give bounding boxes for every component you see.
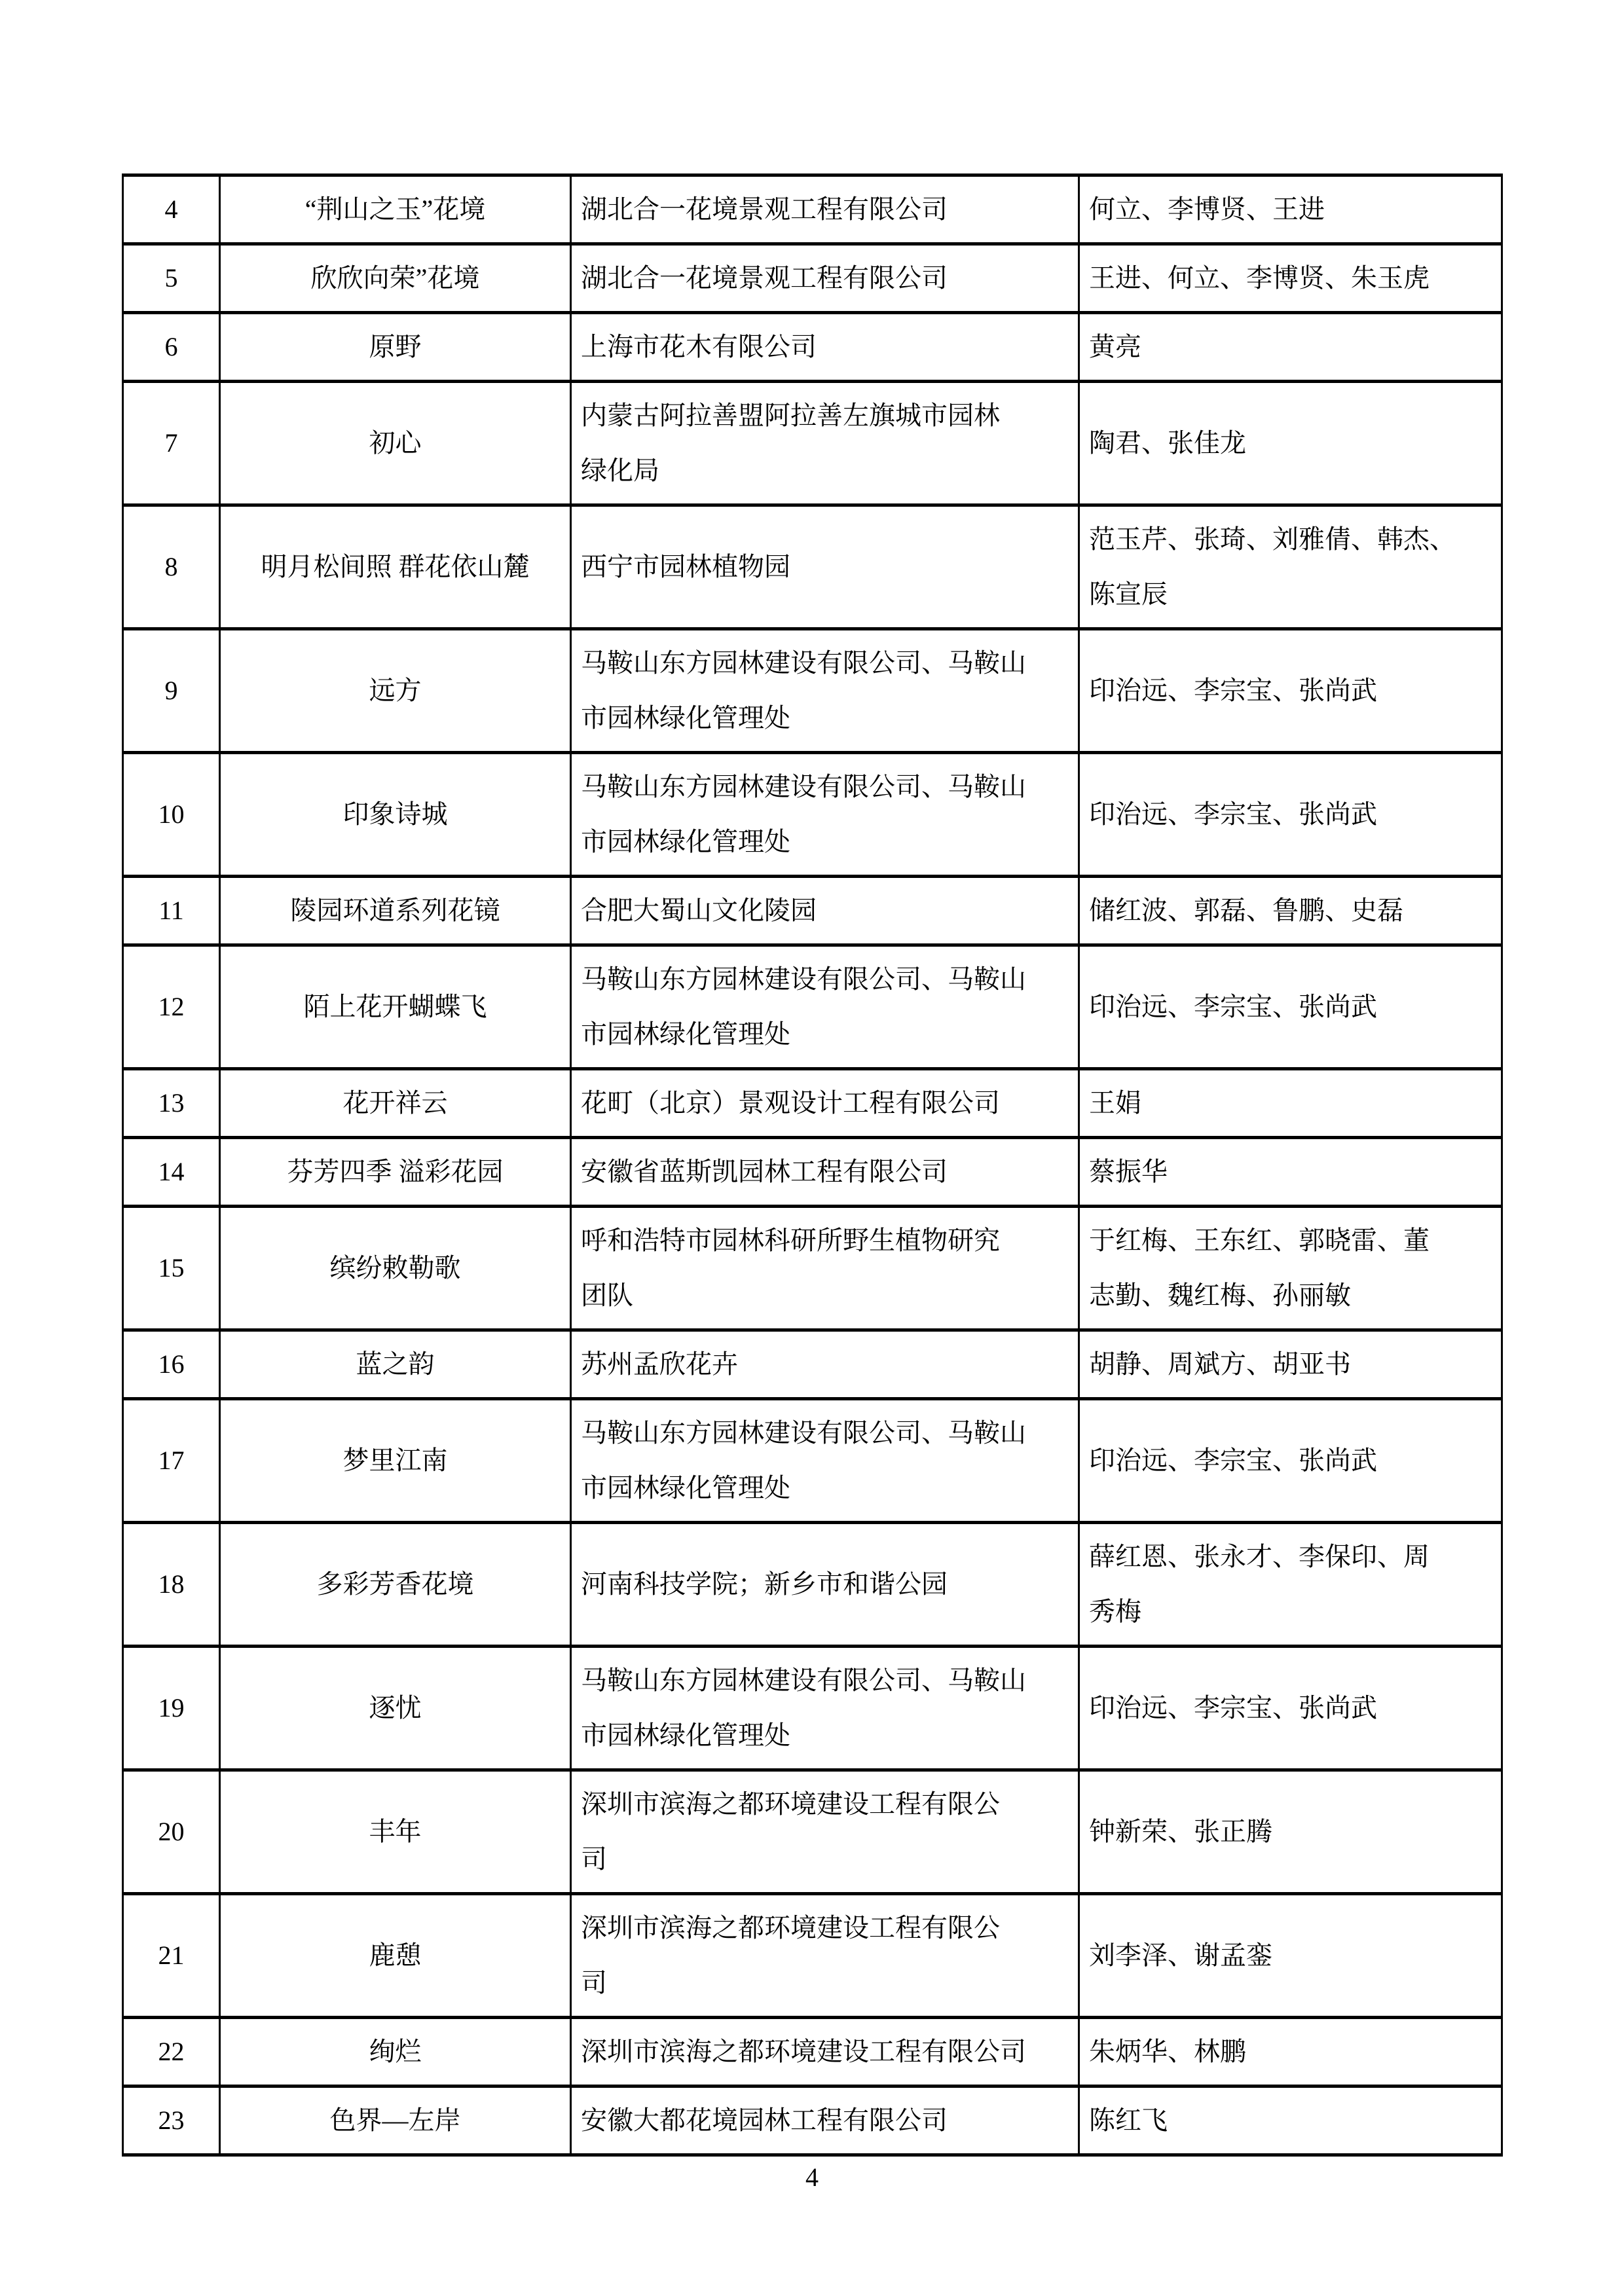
- table-row: 23 色界—左岸 安徽大都花境园林工程有限公司 陈红飞: [123, 2086, 1502, 2155]
- table-row: 8 明月松间照 群花依山麓 西宁市园林植物园 范玉芹、张琦、刘雅倩、韩杰、 陈宣…: [123, 505, 1502, 629]
- entry-name-cell: 梦里江南: [220, 1399, 571, 1523]
- entry-organization-cell: 马鞍山东方园林建设有限公司、马鞍山 市园林绿化管理处: [571, 629, 1079, 753]
- table-row: 11 陵园环道系列花镜 合肥大蜀山文化陵园 储红波、郭磊、鲁鹏、史磊: [123, 877, 1502, 945]
- entry-people-cell: 范玉芹、张琦、刘雅倩、韩杰、 陈宣辰: [1079, 505, 1502, 629]
- entry-organization-cell: 安徽省蓝斯凯园林工程有限公司: [571, 1138, 1079, 1207]
- entry-name-cell: 欣欣向荣”花境: [220, 244, 571, 313]
- entry-people-cell: 刘李泽、谢孟銮: [1079, 1894, 1502, 2018]
- entry-number-cell: 15: [123, 1207, 220, 1330]
- entries-table-body: 4 “荆山之玉”花境 湖北合一花境景观工程有限公司 何立、李博贤、王进 5 欣欣…: [123, 175, 1502, 2155]
- entry-name-cell: 丰年: [220, 1770, 571, 1894]
- entry-number-cell: 7: [123, 382, 220, 505]
- entry-organization-cell: 深圳市滨海之都环境建设工程有限公司: [571, 2018, 1079, 2086]
- entry-organization-cell: 马鞍山东方园林建设有限公司、马鞍山 市园林绿化管理处: [571, 1399, 1079, 1523]
- entry-people-cell: 王进、何立、李博贤、朱玉虎: [1079, 244, 1502, 313]
- entry-people-cell: 薛红恩、张永才、李保印、周 秀梅: [1079, 1523, 1502, 1647]
- table-row: 6 原野 上海市花木有限公司 黄亮: [123, 313, 1502, 382]
- entry-name-cell: 明月松间照 群花依山麓: [220, 505, 571, 629]
- entry-number-cell: 16: [123, 1330, 220, 1399]
- entry-organization-cell: 湖北合一花境景观工程有限公司: [571, 175, 1079, 244]
- entry-number-cell: 9: [123, 629, 220, 753]
- entry-number-cell: 4: [123, 175, 220, 244]
- entry-organization-cell: 安徽大都花境园林工程有限公司: [571, 2086, 1079, 2155]
- entry-organization-cell: 内蒙古阿拉善盟阿拉善左旗城市园林 绿化局: [571, 382, 1079, 505]
- table-row: 4 “荆山之玉”花境 湖北合一花境景观工程有限公司 何立、李博贤、王进: [123, 175, 1502, 244]
- entry-number-cell: 22: [123, 2018, 220, 2086]
- entry-number-cell: 10: [123, 753, 220, 877]
- table-row: 19 逐忧 马鞍山东方园林建设有限公司、马鞍山 市园林绿化管理处 印治远、李宗宝…: [123, 1647, 1502, 1770]
- entry-name-cell: 多彩芳香花境: [220, 1523, 571, 1647]
- entry-organization-cell: 上海市花木有限公司: [571, 313, 1079, 382]
- entry-organization-cell: 花町（北京）景观设计工程有限公司: [571, 1069, 1079, 1138]
- entry-organization-cell: 西宁市园林植物园: [571, 505, 1079, 629]
- table-row: 18 多彩芳香花境 河南科技学院；新乡市和谐公园 薛红恩、张永才、李保印、周 秀…: [123, 1523, 1502, 1647]
- entry-name-cell: 色界—左岸: [220, 2086, 571, 2155]
- table-row: 16 蓝之韵 苏州孟欣花卉 胡静、周斌方、胡亚书: [123, 1330, 1502, 1399]
- table-row: 15 缤纷敕勒歌 呼和浩特市园林科研所野生植物研究 团队 于红梅、王东红、郭晓雷…: [123, 1207, 1502, 1330]
- entry-number-cell: 21: [123, 1894, 220, 2018]
- entry-organization-cell: 马鞍山东方园林建设有限公司、马鞍山 市园林绿化管理处: [571, 1647, 1079, 1770]
- table-row: 5 欣欣向荣”花境 湖北合一花境景观工程有限公司 王进、何立、李博贤、朱玉虎: [123, 244, 1502, 313]
- entry-number-cell: 12: [123, 945, 220, 1069]
- entries-table: 4 “荆山之玉”花境 湖北合一花境景观工程有限公司 何立、李博贤、王进 5 欣欣…: [122, 173, 1503, 2157]
- entry-people-cell: 于红梅、王东红、郭晓雷、董 志勤、魏红梅、孙丽敏: [1079, 1207, 1502, 1330]
- entry-people-cell: 何立、李博贤、王进: [1079, 175, 1502, 244]
- entry-people-cell: 黄亮: [1079, 313, 1502, 382]
- entry-number-cell: 19: [123, 1647, 220, 1770]
- entry-organization-cell: 苏州孟欣花卉: [571, 1330, 1079, 1399]
- entry-people-cell: 王娟: [1079, 1069, 1502, 1138]
- entry-name-cell: 逐忧: [220, 1647, 571, 1770]
- entry-organization-cell: 深圳市滨海之都环境建设工程有限公 司: [571, 1894, 1079, 2018]
- table-row: 9 远方 马鞍山东方园林建设有限公司、马鞍山 市园林绿化管理处 印治远、李宗宝、…: [123, 629, 1502, 753]
- page-number: 4: [0, 2159, 1624, 2196]
- entry-organization-cell: 湖北合一花境景观工程有限公司: [571, 244, 1079, 313]
- entry-number-cell: 17: [123, 1399, 220, 1523]
- entry-name-cell: 陵园环道系列花镜: [220, 877, 571, 945]
- entry-name-cell: 芬芳四季 溢彩花园: [220, 1138, 571, 1207]
- entry-number-cell: 11: [123, 877, 220, 945]
- table-row: 10 印象诗城 马鞍山东方园林建设有限公司、马鞍山 市园林绿化管理处 印治远、李…: [123, 753, 1502, 877]
- entry-name-cell: 蓝之韵: [220, 1330, 571, 1399]
- entry-organization-cell: 深圳市滨海之都环境建设工程有限公 司: [571, 1770, 1079, 1894]
- entry-people-cell: 印治远、李宗宝、张尚武: [1079, 945, 1502, 1069]
- table-row: 22 绚烂 深圳市滨海之都环境建设工程有限公司 朱炳华、林鹏: [123, 2018, 1502, 2086]
- entry-organization-cell: 河南科技学院；新乡市和谐公园: [571, 1523, 1079, 1647]
- table-row: 20 丰年 深圳市滨海之都环境建设工程有限公 司 钟新荣、张正腾: [123, 1770, 1502, 1894]
- entry-name-cell: 绚烂: [220, 2018, 571, 2086]
- entry-name-cell: 初心: [220, 382, 571, 505]
- entry-number-cell: 23: [123, 2086, 220, 2155]
- entry-people-cell: 陈红飞: [1079, 2086, 1502, 2155]
- entry-name-cell: 陌上花开蝴蝶飞: [220, 945, 571, 1069]
- entry-number-cell: 18: [123, 1523, 220, 1647]
- entry-people-cell: 储红波、郭磊、鲁鹏、史磊: [1079, 877, 1502, 945]
- entry-number-cell: 14: [123, 1138, 220, 1207]
- entry-people-cell: 朱炳华、林鹏: [1079, 2018, 1502, 2086]
- entry-organization-cell: 呼和浩特市园林科研所野生植物研究 团队: [571, 1207, 1079, 1330]
- entry-name-cell: “荆山之玉”花境: [220, 175, 571, 244]
- entry-people-cell: 胡静、周斌方、胡亚书: [1079, 1330, 1502, 1399]
- table-row: 13 花开祥云 花町（北京）景观设计工程有限公司 王娟: [123, 1069, 1502, 1138]
- entry-name-cell: 印象诗城: [220, 753, 571, 877]
- entry-people-cell: 钟新荣、张正腾: [1079, 1770, 1502, 1894]
- entry-name-cell: 花开祥云: [220, 1069, 571, 1138]
- entry-number-cell: 20: [123, 1770, 220, 1894]
- entry-name-cell: 鹿憩: [220, 1894, 571, 2018]
- entry-name-cell: 远方: [220, 629, 571, 753]
- table-row: 17 梦里江南 马鞍山东方园林建设有限公司、马鞍山 市园林绿化管理处 印治远、李…: [123, 1399, 1502, 1523]
- table-row: 21 鹿憩 深圳市滨海之都环境建设工程有限公 司 刘李泽、谢孟銮: [123, 1894, 1502, 2018]
- table-row: 12 陌上花开蝴蝶飞 马鞍山东方园林建设有限公司、马鞍山 市园林绿化管理处 印治…: [123, 945, 1502, 1069]
- entry-people-cell: 印治远、李宗宝、张尚武: [1079, 1647, 1502, 1770]
- entry-people-cell: 印治远、李宗宝、张尚武: [1079, 1399, 1502, 1523]
- entry-organization-cell: 马鞍山东方园林建设有限公司、马鞍山 市园林绿化管理处: [571, 753, 1079, 877]
- entry-people-cell: 陶君、张佳龙: [1079, 382, 1502, 505]
- entry-people-cell: 印治远、李宗宝、张尚武: [1079, 629, 1502, 753]
- entry-name-cell: 原野: [220, 313, 571, 382]
- entry-people-cell: 印治远、李宗宝、张尚武: [1079, 753, 1502, 877]
- table-row: 7 初心 内蒙古阿拉善盟阿拉善左旗城市园林 绿化局 陶君、张佳龙: [123, 382, 1502, 505]
- entry-organization-cell: 马鞍山东方园林建设有限公司、马鞍山 市园林绿化管理处: [571, 945, 1079, 1069]
- entry-organization-cell: 合肥大蜀山文化陵园: [571, 877, 1079, 945]
- entry-number-cell: 6: [123, 313, 220, 382]
- document-page: 4 “荆山之玉”花境 湖北合一花境景观工程有限公司 何立、李博贤、王进 5 欣欣…: [0, 0, 1624, 2296]
- entry-people-cell: 蔡振华: [1079, 1138, 1502, 1207]
- entry-number-cell: 8: [123, 505, 220, 629]
- table-row: 14 芬芳四季 溢彩花园 安徽省蓝斯凯园林工程有限公司 蔡振华: [123, 1138, 1502, 1207]
- entry-name-cell: 缤纷敕勒歌: [220, 1207, 571, 1330]
- entry-number-cell: 13: [123, 1069, 220, 1138]
- entry-number-cell: 5: [123, 244, 220, 313]
